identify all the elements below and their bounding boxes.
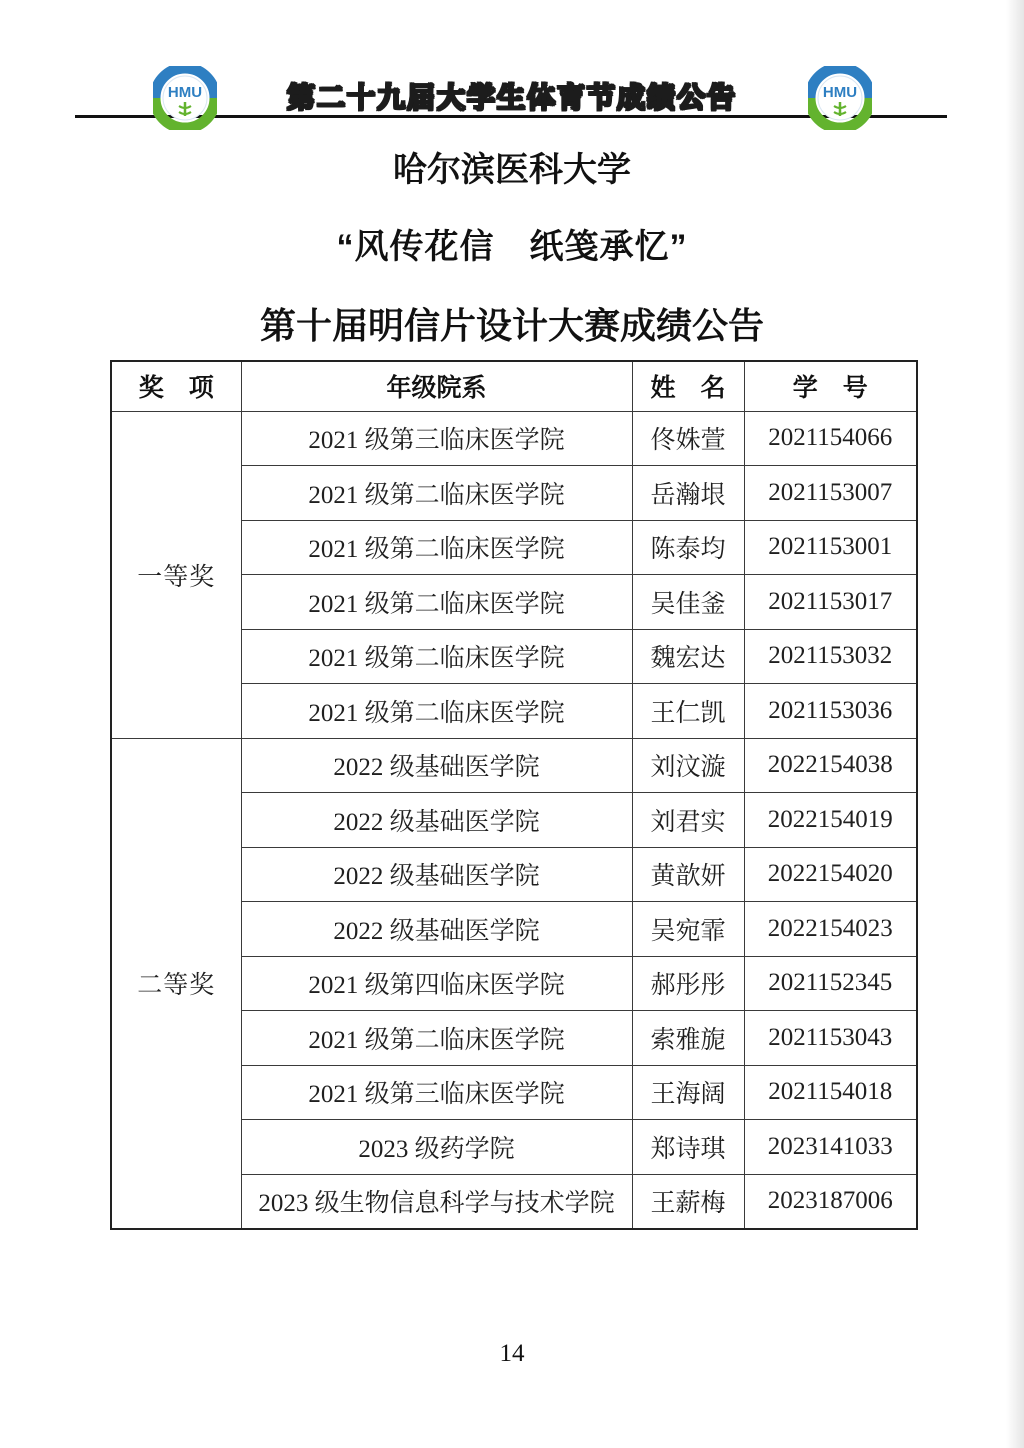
student-id-cell: 2022154020 xyxy=(744,847,917,902)
announcement-title: 第十届明信片设计大赛成绩公告 xyxy=(0,298,1024,349)
column-header-award: 奖 项 xyxy=(111,361,241,411)
column-header-id: 学 号 xyxy=(744,361,917,411)
name-cell: 王海阔 xyxy=(632,1065,744,1120)
hmu-logo-icon: HMU xyxy=(808,66,872,130)
name-cell: 王仁凯 xyxy=(632,684,744,739)
award-cell: 一等奖 xyxy=(111,411,241,738)
student-id-cell: 2021152345 xyxy=(744,956,917,1011)
college-cell: 2022 级基础医学院 xyxy=(241,847,632,902)
college-cell: 2021 级第二临床医学院 xyxy=(241,520,632,575)
table-row: 一等奖2021 级第三临床医学院佟姝萱2021154066 xyxy=(111,411,917,466)
college-cell: 2021 级第二临床医学院 xyxy=(241,629,632,684)
name-cell: 王薪梅 xyxy=(632,1174,744,1229)
student-id-cell: 2022154023 xyxy=(744,902,917,957)
student-id-cell: 2021154018 xyxy=(744,1065,917,1120)
name-cell: 佟姝萱 xyxy=(632,411,744,466)
college-cell: 2023 级药学院 xyxy=(241,1120,632,1175)
college-cell: 2021 级第三临床医学院 xyxy=(241,411,632,466)
name-cell: 郑诗琪 xyxy=(632,1120,744,1175)
name-cell: 刘汶漩 xyxy=(632,738,744,793)
theme-title: “风传花信 纸笺承忆” xyxy=(0,219,1024,268)
student-id-cell: 2021153001 xyxy=(744,520,917,575)
table-header-row: 奖 项 年级院系 姓 名 学 号 xyxy=(111,361,917,411)
student-id-cell: 2023141033 xyxy=(744,1120,917,1175)
name-cell: 陈泰均 xyxy=(632,520,744,575)
college-cell: 2021 级第四临床医学院 xyxy=(241,956,632,1011)
results-table-wrap: 奖 项 年级院系 姓 名 学 号 一等奖2021 级第三临床医学院佟姝萱2021… xyxy=(110,360,918,1230)
college-cell: 2021 级第二临床医学院 xyxy=(241,1011,632,1066)
results-table: 奖 项 年级院系 姓 名 学 号 一等奖2021 级第三临床医学院佟姝萱2021… xyxy=(110,360,918,1230)
college-cell: 2021 级第二临床医学院 xyxy=(241,684,632,739)
page-number: 14 xyxy=(0,1340,1024,1368)
student-id-cell: 2023187006 xyxy=(744,1174,917,1229)
column-header-college: 年级院系 xyxy=(241,361,632,411)
college-cell: 2022 级基础医学院 xyxy=(241,738,632,793)
student-id-cell: 2021154066 xyxy=(744,411,917,466)
name-cell: 索雅旎 xyxy=(632,1011,744,1066)
college-cell: 2023 级生物信息科学与技术学院 xyxy=(241,1174,632,1229)
name-cell: 吴佳釜 xyxy=(632,575,744,630)
student-id-cell: 2022154038 xyxy=(744,738,917,793)
college-cell: 2021 级第二临床医学院 xyxy=(241,466,632,521)
university-title: 哈尔滨医科大学 xyxy=(0,142,1024,191)
student-id-cell: 2021153036 xyxy=(744,684,917,739)
svg-text:HMU: HMU xyxy=(823,84,857,101)
student-id-cell: 2021153032 xyxy=(744,629,917,684)
student-id-cell: 2021153017 xyxy=(744,575,917,630)
table-row: 二等奖2022 级基础医学院刘汶漩2022154038 xyxy=(111,738,917,793)
name-cell: 魏宏达 xyxy=(632,629,744,684)
document-titles: 哈尔滨医科大学 “风传花信 纸笺承忆” 第十届明信片设计大赛成绩公告 xyxy=(0,138,1024,349)
name-cell: 岳瀚垠 xyxy=(632,466,744,521)
student-id-cell: 2021153043 xyxy=(744,1011,917,1066)
name-cell: 刘君实 xyxy=(632,793,744,848)
name-cell: 吴宛霏 xyxy=(632,902,744,957)
column-header-name: 姓 名 xyxy=(632,361,744,411)
name-cell: 黄歆妍 xyxy=(632,847,744,902)
college-cell: 2022 级基础医学院 xyxy=(241,902,632,957)
college-cell: 2021 级第三临床医学院 xyxy=(241,1065,632,1120)
award-cell: 二等奖 xyxy=(111,738,241,1229)
college-cell: 2021 级第二临床医学院 xyxy=(241,575,632,630)
college-cell: 2022 级基础医学院 xyxy=(241,793,632,848)
student-id-cell: 2022154019 xyxy=(744,793,917,848)
name-cell: 郝彤彤 xyxy=(632,956,744,1011)
page-header: HMU 第二十九届大学生体育节成绩公告 HMU xyxy=(0,0,1024,140)
student-id-cell: 2021153007 xyxy=(744,466,917,521)
